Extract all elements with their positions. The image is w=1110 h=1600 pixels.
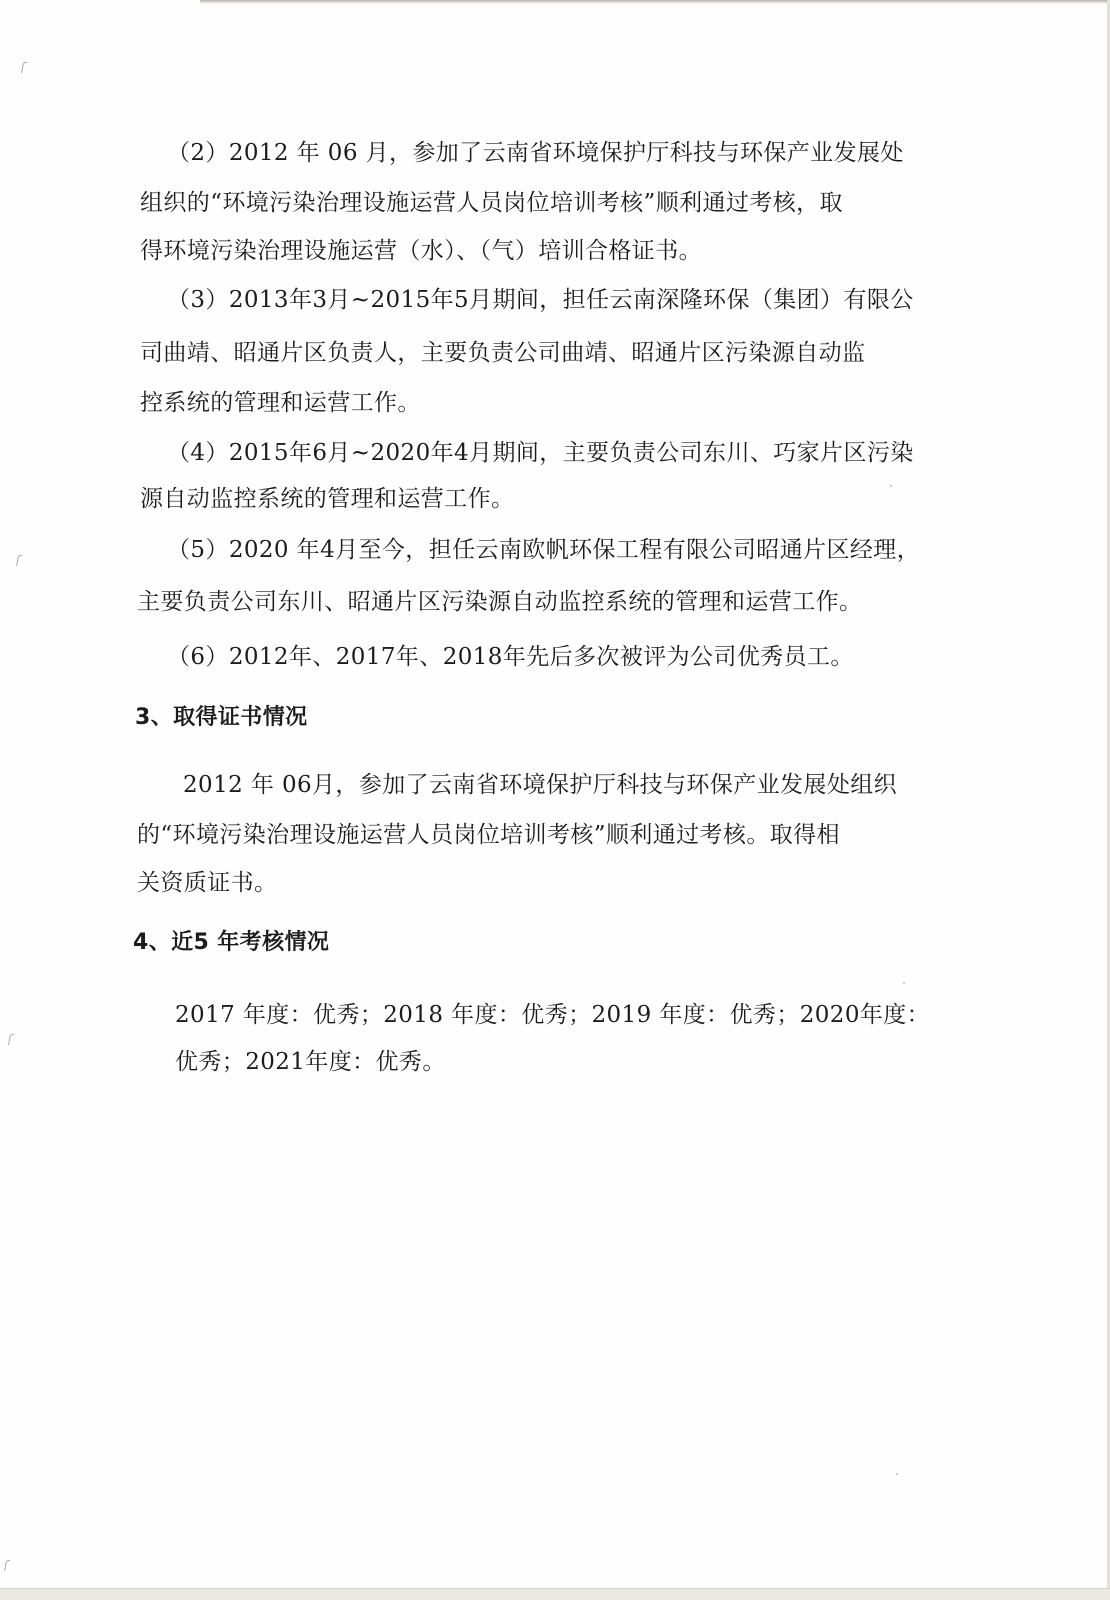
item-5-line-1: （5）2020 年4月至今，担任云南欧帆环保工程有限公司昭通片区经理， [167,535,920,565]
binding-hole-mark-icon [16,555,22,566]
section-3-line-2: 的“环境污染治理设施运营人员岗位培训考核”顺利通过考核。取得相 [137,820,840,850]
binding-hole-mark-icon [8,1034,14,1045]
section-4-heading: 4、近5 年考核情况 [133,928,329,958]
item-4-line-2: 源自动监控系统的管理和运营工作。 [140,484,514,514]
item-2-line-2: 组织的“环境污染治理设施运营人员岗位培训考核”顺利通过考核，取 [140,188,843,218]
item-6-line-1: （6）2012年、2017年、2018年先后多次被评为公司优秀员工。 [167,642,854,672]
item-3-line-3: 控系统的管理和运营工作。 [140,388,421,418]
section-3-line-1: 2012 年 06月，参加了云南省环境保护厅科技与环保产业发展处组织 [183,770,897,800]
scan-speck [890,485,892,487]
scan-edge-bottom [0,1588,1110,1600]
section-4-line-2: 优秀；2021年度：优秀。 [175,1047,446,1077]
item-3-line-2: 司曲靖、昭通片区负责人，主要负责公司曲靖、昭通片区污染源自动监 [140,338,865,368]
scan-speck [903,982,905,984]
section-3-line-3: 关资质证书。 [137,868,277,898]
item-3-line-1: （3）2013年3月~2015年5月期间，担任云南深隆环保（集团）有限公 [167,285,914,315]
item-5-line-2: 主要负责公司东川、昭通片区污染源自动监控系统的管理和运营工作。 [137,587,862,617]
scanned-page: （2）2012 年 06 月，参加了云南省环境保护厅科技与环保产业发展处 组织的… [0,0,1110,1600]
section-3-heading: 3、取得证书情况 [135,703,308,733]
section-4-line-1: 2017 年度：优秀；2018 年度：优秀；2019 年度：优秀；2020年度： [175,1000,930,1030]
item-2-line-3: 得环境污染治理设施运营（水）、（气）培训合格证书。 [140,236,702,266]
binding-hole-mark-icon [21,62,27,73]
scan-speck [896,1473,898,1475]
item-2-line-1: （2）2012 年 06 月，参加了云南省环境保护厅科技与环保产业发展处 [167,138,904,168]
scan-edge-top [200,0,1110,4]
item-4-line-1: （4）2015年6月~2020年4月期间，主要负责公司东川、巧家片区污染 [167,438,914,468]
binding-hole-mark-icon [4,1560,10,1571]
